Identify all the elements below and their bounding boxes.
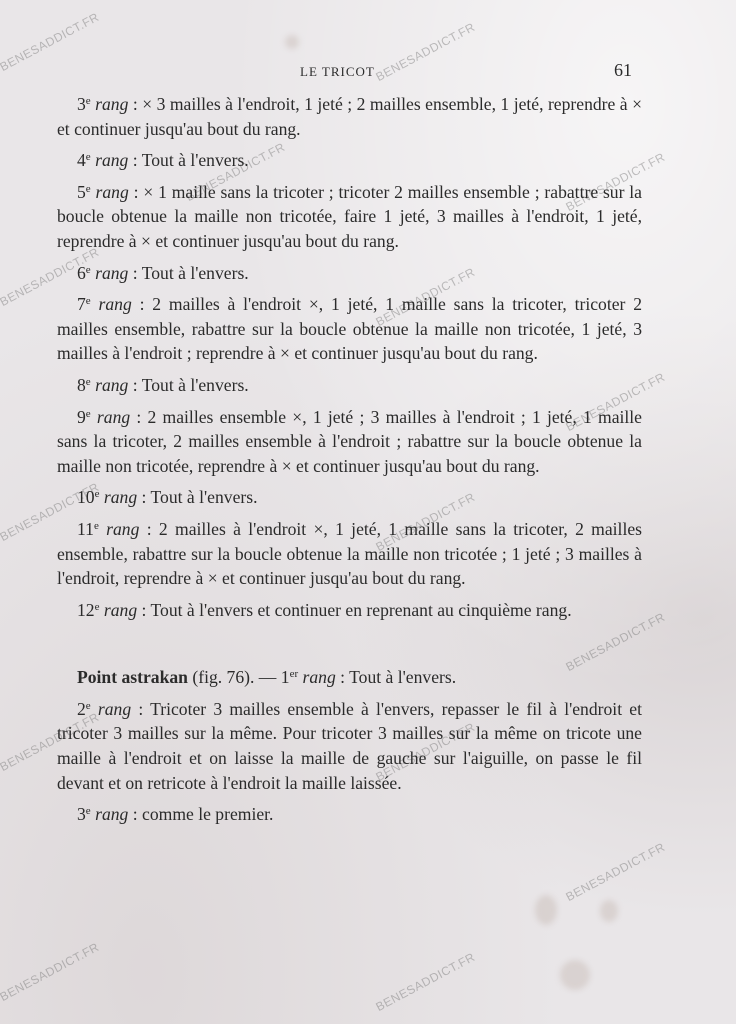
instruction-text: : × 3 mailles à l'endroit, 1 jeté ; 2 ma…	[57, 94, 642, 139]
instruction-text: : 2 mailles ensemble ×, 1 jeté ; 3 maill…	[57, 407, 642, 476]
ordinal-suffix: e	[86, 376, 91, 388]
page-body: 3e rang : × 3 mailles à l'endroit, 1 jet…	[57, 92, 642, 834]
rang-label: rang	[98, 699, 131, 719]
rang-label: rang	[106, 519, 139, 539]
paper-stain	[285, 35, 299, 49]
ordinal-suffix: er	[290, 668, 299, 680]
section-spacer	[57, 629, 642, 665]
page-number: 61	[614, 60, 632, 81]
ordinal-suffix: e	[86, 295, 91, 307]
watermark: BENESADDICT.FR	[0, 940, 101, 1004]
row-number: 6	[77, 263, 86, 283]
watermark: BENESADDICT.FR	[563, 840, 667, 904]
rang-label: rang	[95, 150, 128, 170]
row-instruction-12: 12e rang : Tout à l'envers et continuer …	[57, 598, 642, 623]
section-title: Point astrakan	[77, 667, 188, 687]
rang-label: rang	[298, 667, 336, 687]
astrakan-row-3: 3e rang : comme le premier.	[57, 802, 642, 827]
row-instruction-11: 11e rang : 2 mailles à l'endroit ×, 1 je…	[57, 517, 642, 591]
instruction-text: : × 1 maille sans la tricoter ; tricoter…	[57, 182, 642, 251]
row-instruction-5: 5e rang : × 1 maille sans la tricoter ; …	[57, 180, 642, 254]
row-number: 12	[77, 600, 95, 620]
rang-label: rang	[95, 804, 128, 824]
paper-stain	[600, 900, 618, 922]
row-number: 2	[77, 699, 86, 719]
paper-stain	[535, 895, 557, 925]
instruction-text: : Tout à l'envers.	[128, 150, 248, 170]
rang-label: rang	[96, 182, 129, 202]
row-number: 9	[77, 407, 86, 427]
row-instruction-4: 4e rang : Tout à l'envers.	[57, 148, 642, 173]
instruction-text: : Tout à l'envers.	[128, 375, 248, 395]
row-instruction-8: 8e rang : Tout à l'envers.	[57, 373, 642, 398]
row-instruction-7: 7e rang : 2 mailles à l'endroit ×, 1 jet…	[57, 292, 642, 366]
row-instruction-6: 6e rang : Tout à l'envers.	[57, 261, 642, 286]
ordinal-suffix: e	[86, 805, 91, 817]
row-number: 3	[77, 94, 86, 114]
row-number: 8	[77, 375, 86, 395]
ordinal-suffix: e	[86, 183, 91, 195]
running-title: LE TRICOT	[300, 64, 375, 80]
instruction-text: : 2 mailles à l'endroit ×, 1 jeté, 1 mai…	[57, 519, 642, 588]
row-number: 10	[77, 487, 95, 507]
paper-stain	[560, 960, 590, 990]
rang-label: rang	[95, 375, 128, 395]
row-number: 5	[77, 182, 86, 202]
row-instruction-10: 10e rang : Tout à l'envers.	[57, 485, 642, 510]
row-instruction-9: 9e rang : 2 mailles ensemble ×, 1 jeté ;…	[57, 405, 642, 479]
rang-label: rang	[95, 94, 128, 114]
row-number: 7	[77, 294, 86, 314]
instruction-text: : Tout à l'envers.	[128, 263, 248, 283]
book-page: BENESADDICT.FR BENESADDICT.FR BENESADDIC…	[0, 0, 736, 1024]
ordinal-suffix: e	[86, 95, 91, 107]
page-header: LE TRICOT 61	[0, 60, 736, 84]
watermark: BENESADDICT.FR	[373, 950, 477, 1014]
row-number: 3	[77, 804, 86, 824]
ordinal-suffix: e	[86, 700, 91, 712]
ordinal-suffix: e	[86, 151, 91, 163]
instruction-text: : Tricoter 3 mailles ensemble à l'envers…	[57, 699, 642, 793]
row-number: 11	[77, 519, 94, 539]
instruction-text: : 2 mailles à l'endroit ×, 1 jeté, 1 mai…	[57, 294, 642, 363]
instruction-text: : Tout à l'envers.	[137, 487, 257, 507]
rang-label: rang	[104, 600, 137, 620]
ordinal-suffix: e	[94, 520, 99, 532]
instruction-text: : Tout à l'envers.	[336, 667, 456, 687]
astrakan-heading: Point astrakan (fig. 76). — 1er rang : T…	[57, 665, 642, 690]
row-instruction-3: 3e rang : × 3 mailles à l'endroit, 1 jet…	[57, 92, 642, 141]
astrakan-row-2: 2e rang : Tricoter 3 mailles ensemble à …	[57, 697, 642, 795]
ordinal-suffix: e	[86, 408, 91, 420]
rang-label: rang	[104, 487, 137, 507]
rang-label: rang	[97, 407, 130, 427]
row-number: 4	[77, 150, 86, 170]
ordinal-suffix: e	[95, 488, 100, 500]
ordinal-suffix: e	[95, 601, 100, 613]
ordinal-suffix: e	[86, 264, 91, 276]
instruction-text: : Tout à l'envers et continuer en repren…	[137, 600, 571, 620]
rang-label: rang	[99, 294, 132, 314]
figure-reference: (fig. 76). — 1	[188, 667, 290, 687]
rang-label: rang	[95, 263, 128, 283]
instruction-text: : comme le premier.	[128, 804, 273, 824]
